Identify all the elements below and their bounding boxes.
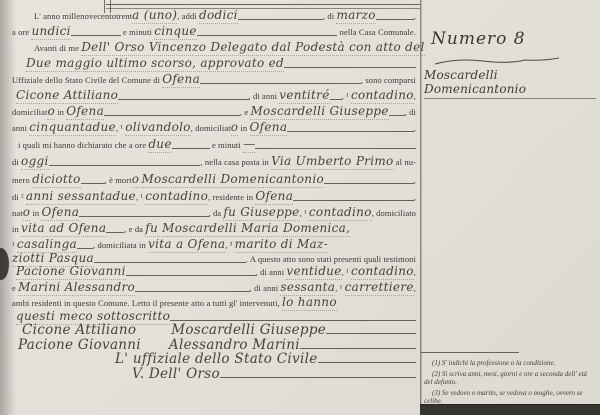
act-line: Uffiziale dello Stato Civile del Comune … [12, 72, 416, 87]
printed-text: , e da [124, 224, 145, 234]
blank-rule [104, 113, 240, 116]
act-line: mero diciotto, è morto Moscardelli Domen… [12, 172, 416, 187]
blank-rule [326, 331, 416, 334]
handwritten-text: Cicone Attiliano [16, 88, 118, 104]
printed-text: , nella casa posta in [200, 157, 271, 167]
handwritten-text: contadino [309, 205, 372, 221]
act-line: Cicone Attiliano, di anni ventitré, ¹ co… [16, 88, 416, 103]
blank-rule [238, 17, 323, 20]
printed-text: , [414, 267, 416, 277]
act-line: i quali mi hanno dichiarato che a ore du… [18, 137, 416, 152]
footnote: (2) Si scriva anni, mesi, giorni e ore a… [424, 370, 594, 387]
act-line: di ² anni sessantadue, ¹ contadino, resi… [12, 189, 416, 204]
printed-text: , [414, 283, 416, 293]
printed-text: , domiciliat [191, 123, 231, 133]
printed-text: , domiciliata in [93, 240, 148, 250]
handwritten-text: Ofena [250, 120, 288, 136]
handwritten-text: Ofena [66, 104, 104, 120]
death-record-scan: L' anno millenovecentotrenta (uno), addì… [0, 0, 600, 415]
handwritten-text: marzo [336, 8, 375, 24]
printed-text: , è mort [105, 175, 132, 185]
handwritten-text: vita ad Ofena [21, 221, 106, 237]
printed-text: , e [240, 107, 251, 117]
printed-text: , residente in [208, 192, 255, 202]
record-number: Numero 8 [431, 29, 526, 49]
blank-rule [255, 146, 416, 149]
act-line: ambi residenti in questo Comune. Letto i… [12, 295, 416, 310]
handwritten-text: Due maggio ultimo scorso, approvato ed [26, 56, 284, 72]
handwritten-text: o [47, 104, 55, 120]
handwritten-text: diciotto [32, 172, 81, 188]
handwritten-text: Ofena [255, 189, 293, 205]
printed-text: di [12, 157, 21, 167]
printed-text: di ² [12, 192, 26, 202]
blank-rule [77, 246, 93, 249]
act-line: e Marini Alessandro, di anni sessanta, ¹… [12, 280, 416, 295]
handwritten-text: due [148, 137, 171, 153]
blank-rule [330, 97, 342, 100]
printed-text: domiciliat [12, 107, 47, 117]
printed-text: in [55, 107, 66, 117]
printed-text: , [414, 175, 416, 185]
printed-text: , di anni [249, 91, 280, 101]
blank-rule [106, 230, 124, 233]
blank-rule [197, 33, 338, 36]
printed-text: anni [12, 123, 29, 133]
handwritten-text: olivandolo [125, 120, 191, 136]
printed-text: e minuti [121, 27, 154, 37]
handwritten-text: anni sessantadue [26, 189, 136, 205]
blank-rule [79, 214, 208, 217]
blank-rule [287, 129, 413, 132]
printed-text: L' anno millenovecentotrent [34, 11, 132, 21]
blank-rule [324, 181, 414, 184]
blank-rule [389, 113, 405, 116]
blank-rule [220, 375, 416, 378]
printed-text: Uffiziale dello Stato Civile del Comune … [12, 75, 162, 85]
printed-text: ambi residenti in questo Comune. Letto i… [12, 298, 282, 308]
printed-text: mero [12, 175, 32, 185]
blank-rule [284, 65, 416, 68]
blank-rule [126, 273, 256, 276]
handwritten-text: fu Giuseppe [223, 205, 299, 221]
blank-rule [71, 33, 121, 36]
act-line: di oggi, nella casa posta in Via Umberto… [12, 154, 416, 169]
blank-rule [94, 260, 246, 263]
footnote-separator [421, 352, 519, 353]
printed-text: , [414, 11, 416, 21]
printed-text: , [414, 91, 416, 101]
act-line: V. Dell' Orso [132, 366, 416, 381]
handwritten-text: dodici [199, 8, 238, 24]
printed-text: , da [209, 208, 224, 218]
blank-rule [172, 146, 210, 149]
printed-text: in [30, 208, 41, 218]
printed-text: in [238, 123, 249, 133]
blank-rule [118, 97, 248, 100]
handwritten-text: Moscardelli Domenicantonio [141, 172, 324, 188]
deceased-name-margin: Moscardelli Domenicantonio [424, 68, 596, 99]
printed-text: , ¹ [136, 192, 145, 202]
printed-text: Avanti di me [34, 43, 81, 53]
printed-text: i quali mi hanno dichiarato che a ore [18, 140, 148, 150]
act-line: Avanti di me Dell' Orso Vincenzo Delegat… [34, 40, 416, 55]
handwritten-text: fu Moscardelli Maria Domenica, [145, 221, 350, 237]
printed-text: . A questo atto sono stati presenti qual… [246, 254, 416, 264]
handwritten-text: ventitré [279, 88, 329, 104]
handwritten-text: cinque [154, 24, 197, 40]
printed-text: , sono comparsi [361, 75, 416, 85]
handwritten-text: oggi [21, 154, 49, 170]
printed-text: , di anni [250, 283, 281, 293]
act-line: ¹ casalinga, domiciliata in vita a Ofena… [12, 237, 416, 252]
act-line: nato in Ofena, da fu Giuseppe, ¹ contadi… [12, 205, 416, 220]
printed-text: in [12, 224, 21, 234]
handwritten-text: contadino [351, 264, 414, 280]
printed-text: , [414, 192, 416, 202]
act-line: Due maggio ultimo scorso, approvato ed [26, 56, 416, 71]
printed-text: , di anni [256, 267, 287, 277]
handwritten-text: ventidue [286, 264, 341, 280]
act-line: Cicone AttilianoMoscardelli Giuseppe [22, 322, 416, 337]
handwritten-text: Ofena [41, 205, 79, 221]
handwritten-text: contadino [145, 189, 208, 205]
handwritten-text: — [243, 137, 255, 153]
handwritten-text: contadino [351, 88, 414, 104]
handwritten-text: a (uno) [132, 8, 177, 24]
handwritten-text: Via Umberto Primo [271, 154, 394, 170]
printed-text: a ore [12, 27, 31, 37]
handwritten-text: sessanta [280, 280, 335, 296]
footnote: (1) S' indichi la professione o la condi… [424, 359, 594, 368]
handwritten-text: Pacione Giovanni [16, 264, 126, 280]
handwritten-text: Dell' Orso Vincenzo Delegato dal Podestà… [81, 40, 424, 56]
printed-text: nat [12, 208, 23, 218]
act-line: Pacione Giovanni, di anni ventidue, ¹ co… [16, 264, 416, 279]
blank-rule [135, 289, 250, 292]
printed-text: , ¹ [342, 91, 351, 101]
handwritten-text: Ofena [162, 72, 200, 88]
blank-rule [300, 346, 416, 349]
printed-text: , [414, 123, 416, 133]
act-line: a ore undici e minuti cinque nella Casa … [12, 24, 416, 39]
act-line: Pacione GiovanniAlessandro Marini [18, 337, 416, 352]
printed-text: al nu- [394, 157, 416, 167]
handwritten-text: Moscardelli Giuseppe [250, 104, 388, 120]
handwritten-text: Marini Alessandro [18, 280, 135, 296]
printed-text: , ³ [225, 240, 234, 250]
printed-text: , ¹ [300, 208, 309, 218]
scan-edge-band [420, 404, 600, 415]
blank-rule [376, 17, 414, 20]
blank-rule [81, 181, 105, 184]
printed-text: , ¹ [116, 123, 125, 133]
printed-text: , ¹ [335, 283, 344, 293]
act-line: L' anno millenovecentotrenta (uno), addì… [34, 8, 416, 23]
blank-rule [318, 360, 417, 363]
printed-text: , di [405, 107, 416, 117]
printed-text: , ¹ [342, 267, 351, 277]
blank-rule [49, 163, 201, 166]
handwritten-text: carrettiere [345, 280, 414, 296]
blank-rule [293, 198, 414, 201]
printed-text: , domiciliato [372, 208, 416, 218]
blank-rule [170, 318, 416, 321]
handwritten-text: undici [31, 24, 70, 40]
handwritten-text: V. Dell' Orso [132, 366, 220, 383]
handwritten-text: o [23, 205, 31, 221]
printed-text: , addì [177, 11, 199, 21]
act-line: in vita ad Ofena, e da fu Moscardelli Ma… [12, 221, 416, 236]
handwritten-text: o [132, 172, 140, 188]
printed-text: , di [323, 11, 337, 21]
act-line: anni cinquantadue, ¹ olivandolo, domicil… [12, 120, 416, 135]
printed-text: nella Casa Comunale. [337, 27, 416, 37]
footnotes: (1) S' indichi la professione o la condi… [424, 359, 594, 408]
handwritten-text: cinquantadue [29, 120, 116, 136]
handwritten-text: o [231, 120, 239, 136]
act-line: L' uffiziale dello Stato Civile [115, 351, 416, 366]
printed-text: e minuti [210, 140, 243, 150]
act-line: domiciliato in Ofena, e Moscardelli Gius… [12, 104, 416, 119]
blank-rule [200, 81, 361, 84]
